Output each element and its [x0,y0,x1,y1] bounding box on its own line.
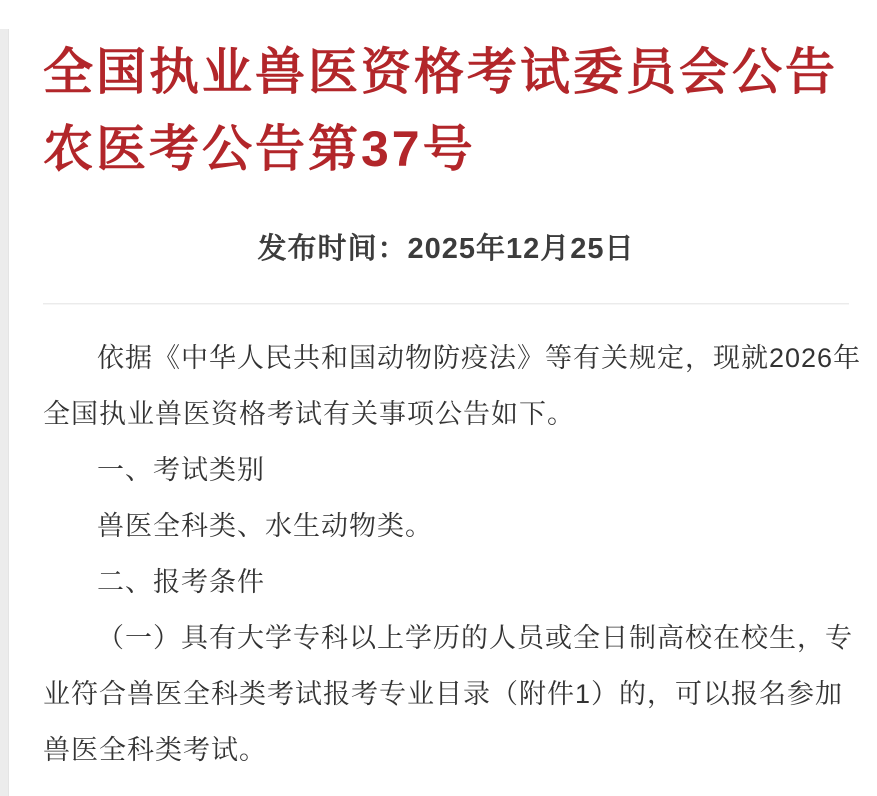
announcement-page: { "page": { "title_line1": "全国执业兽医资格考试委员… [0,0,877,796]
section-divider [43,303,849,305]
article-content: 全国执业兽医资格考试委员会公告 农医考公告第37号 发布时间：2025年12月2… [43,0,849,778]
body-line-section-heading: 一、考试类别 [43,442,849,498]
article-title: 全国执业兽医资格考试委员会公告 农医考公告第37号 [43,34,849,188]
body-line: （一）具有大学专科以上学历的人员或全日制高校在校生，专 [43,610,849,666]
page-left-gutter [0,29,9,796]
article-title-line2: 农医考公告第37号 [43,111,849,188]
body-line-section-heading: 二、报考条件 [43,554,849,610]
body-line: 兽医全科类、水生动物类。 [43,498,849,554]
body-line: 兽医全科类考试。 [43,722,849,778]
publish-date: 发布时间：2025年12月25日 [43,226,849,267]
article-body: 依据《中华人民共和国动物防疫法》等有关规定，现就2026年 全国执业兽医资格考试… [43,330,849,778]
article-title-line1: 全国执业兽医资格考试委员会公告 [43,34,849,111]
body-line: 业符合兽医全科类考试报考专业目录（附件1）的，可以报名参加 [43,666,849,722]
body-line: 依据《中华人民共和国动物防疫法》等有关规定，现就2026年 [43,330,849,386]
body-line: 全国执业兽医资格考试有关事项公告如下。 [43,386,849,442]
